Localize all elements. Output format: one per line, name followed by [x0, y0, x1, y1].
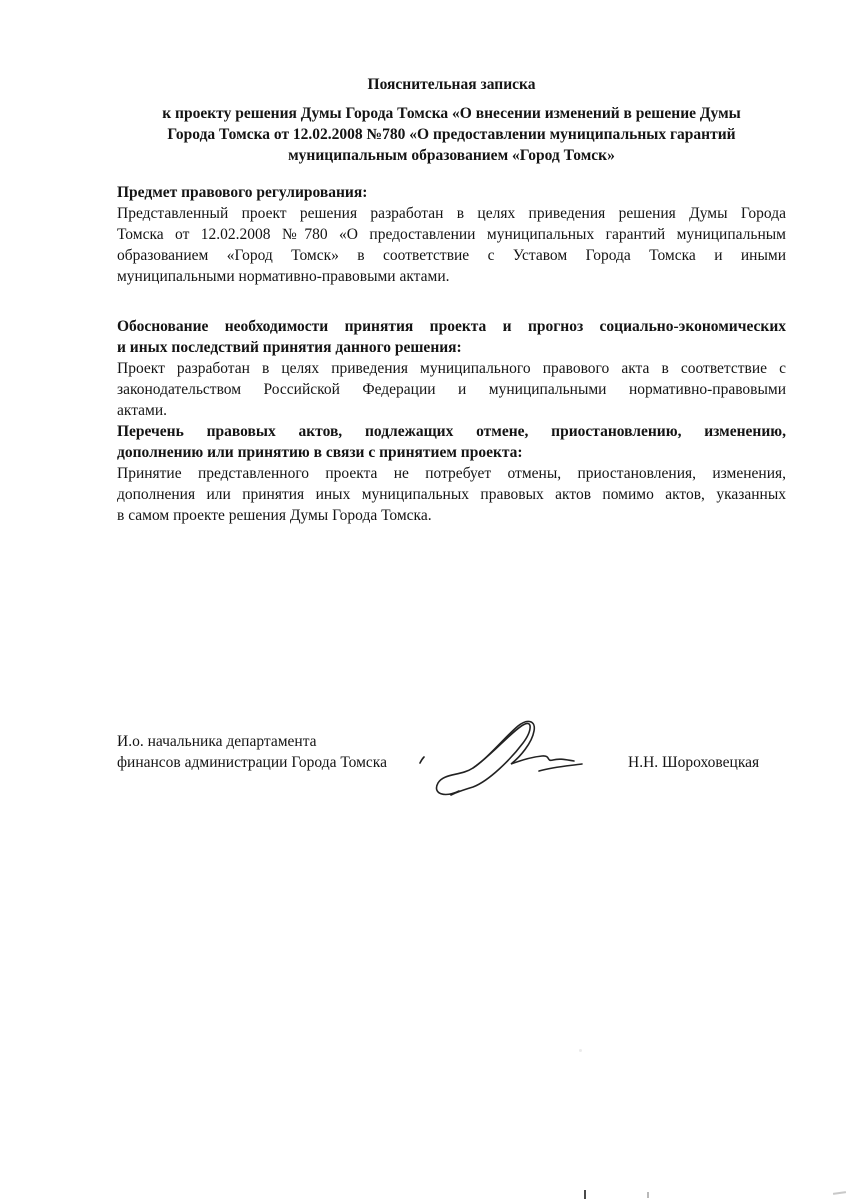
- scan-artifact-tick: [584, 1190, 586, 1199]
- section-justification: Обоснование необходимости принятия проек…: [117, 316, 786, 421]
- document-title: Пояснительная записка: [117, 74, 786, 95]
- scan-artifact-tick: [647, 1192, 649, 1198]
- scan-artifact-tick: [833, 1191, 846, 1195]
- document-content: Пояснительная записка к проекту решения …: [117, 74, 786, 816]
- section-body-line: дополнения или принятия иных муниципальн…: [117, 484, 786, 505]
- section-heading: Предмет правового регулирования:: [117, 182, 786, 203]
- document-page: Пояснительная записка к проекту решения …: [0, 0, 850, 1201]
- section-body-line: актами.: [117, 400, 786, 421]
- subtitle-line: муниципальным образованием «Город Томск»: [117, 145, 786, 166]
- section-body-line: Представленный проект решения разработан…: [117, 203, 786, 224]
- subtitle-line: к проекту решения Думы Города Томска «О …: [117, 103, 786, 124]
- section-heading: Перечень правовых актов, подлежащих отме…: [117, 421, 786, 442]
- section-body-line: Принятие представленного проекта не потр…: [117, 463, 786, 484]
- section-body-line: Проект разработан в целях приведения мун…: [117, 358, 786, 379]
- section-body-line: муниципальными нормативно-правовыми акта…: [117, 266, 786, 287]
- section-heading: Обоснование необходимости принятия проек…: [117, 316, 786, 337]
- signature-block: И.о. начальника департамента финансов ад…: [117, 731, 786, 816]
- section-body-line: образованием «Город Томск» в соответстви…: [117, 245, 786, 266]
- section-subject: Предмет правового регулирования: Предста…: [117, 182, 786, 287]
- scan-artifact-speck: [579, 1049, 582, 1052]
- section-body-line: Томска от 12.02.2008 №780 «О предоставле…: [117, 224, 786, 245]
- subtitle-line: Города Томска от 12.02.2008 №780 «О пред…: [117, 124, 786, 145]
- signer-name: Н.Н. Шороховецкая: [628, 752, 759, 773]
- section-body-line: в самом проекте решения Думы Города Томс…: [117, 505, 786, 526]
- section-body-line: законодательством Российской Федерации и…: [117, 379, 786, 400]
- section-heading: дополнению или принятию в связи с принят…: [117, 442, 786, 463]
- document-subtitle: к проекту решения Думы Города Томска «О …: [117, 103, 786, 166]
- handwritten-signature-icon: [415, 717, 595, 799]
- section-acts-list: Перечень правовых актов, подлежащих отме…: [117, 421, 786, 526]
- section-heading: и иных последствий принятия данного реше…: [117, 337, 786, 358]
